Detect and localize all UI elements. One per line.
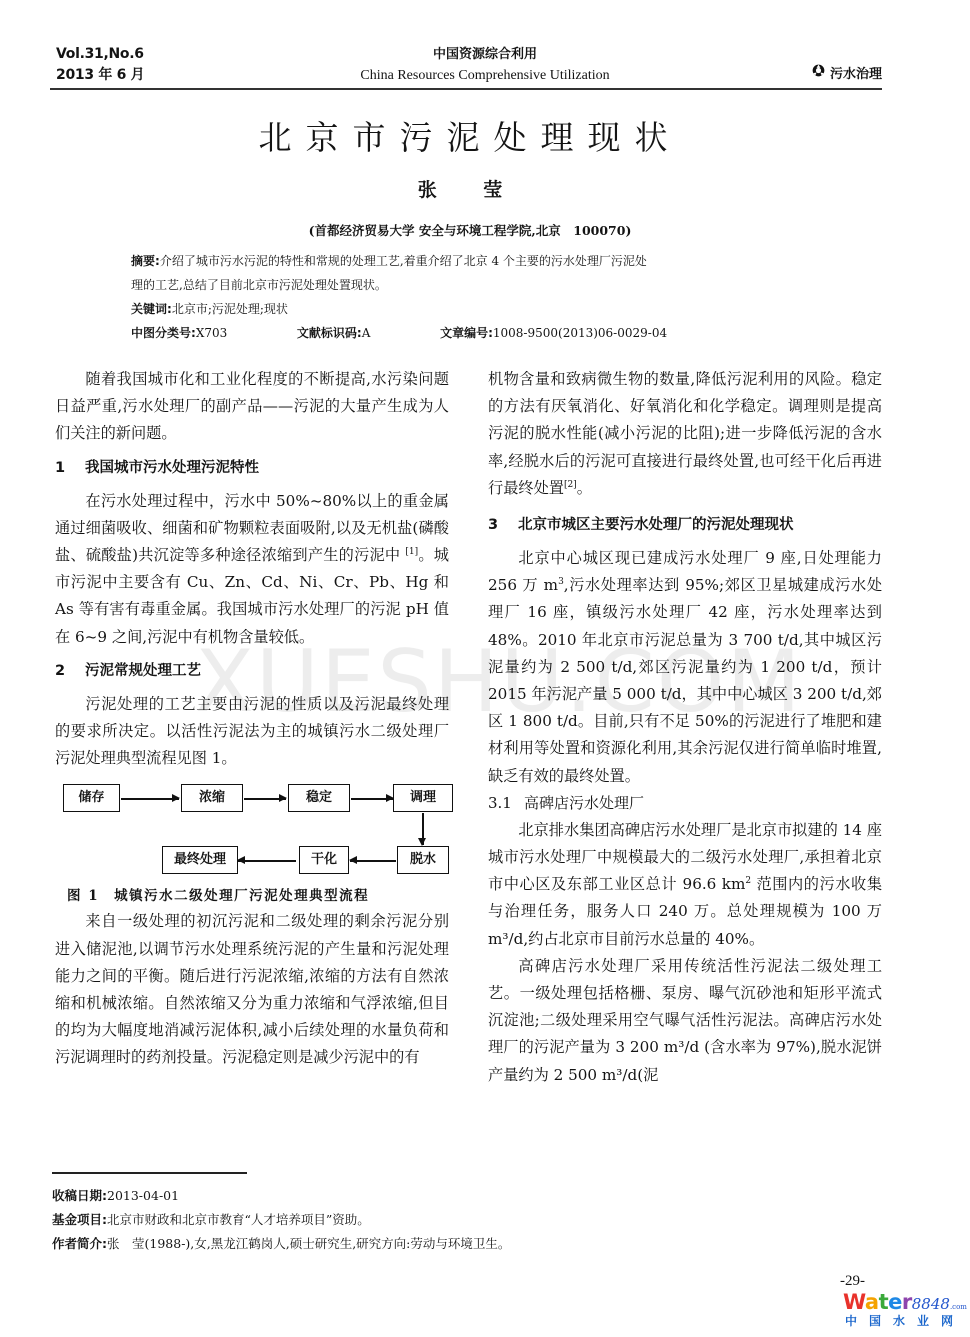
flow-node-dewatering: 脱水 [397,846,449,874]
section-2-paragraph-1: 污泥处理的工艺主要由污泥的性质以及污泥最终处理的要求所决定。以活性污泥法为主的城… [55,691,449,773]
section-3-heading: 3北京市城区主要污水处理厂的污泥处理现状 [488,512,882,538]
abstract: 摘要:介绍了城市污水污泥的特性和常规的处理工艺,着重介绍了北京 4 个主要的污水… [131,249,831,273]
section-1-paragraph: 在污水处理过程中，污水中 50%~80%以上的重金属通过细菌吸收、细菌和矿物颗粒… [55,488,449,651]
water8848-logo[interactable]: Water8848.com 中国水业网 [843,1290,967,1329]
figure-1-caption: 图 1 城镇污水二级处理厂污泥处理典型流程 [67,884,449,908]
recycle-icon [812,64,825,81]
section-3-1-paragraph-1: 北京排水集团高碑店污水处理厂是北京市拟建的 14 座城市污水处理厂中规模最大的二… [488,817,882,953]
keywords: 关键词:北京市;污泥处理;现状 [131,297,831,321]
citation-2: [2] [564,480,577,490]
article-title: 北京市污泥处理现状 [0,112,940,159]
section-2-paragraph-2-continued: 机物含量和致病微生物的数量,降低污泥利用的风险。稳定的方法有厌氧消化、好氧消化和… [488,366,882,502]
journal-title-block: 中国资源综合利用 China Resources Comprehensive U… [300,44,670,86]
article-no-label: 文章编号: [440,326,493,340]
flow-arrow-right [351,798,393,800]
journal-title-en: China Resources Comprehensive Utilizatio… [300,65,670,86]
author-bio: 作者简介:张 莹(1988-),女,黑龙江鹤岗人,硕士研究生,研究方向:劳动与环… [52,1232,510,1256]
journal-volume-block: Vol.31,No.6 2013 年 6 月 [56,44,144,86]
flow-arrow-left [350,860,396,862]
article-no-value: 1008-9500(2013)06-0029-04 [493,326,667,340]
section-2-heading: 2污泥常规处理工艺 [55,658,449,684]
footnote-rule [52,1172,247,1174]
footnotes: 收稿日期:2013-04-01 基金项目:北京市财政和北京市教育“人才培养项目”… [52,1184,510,1256]
section-name: 污水治理 [830,63,882,82]
author-affiliation: (首都经济贸易大学 安全与环境工程学院,北京 100070) [0,221,940,239]
journal-date: 2013 年 6 月 [56,65,144,86]
flow-arrow-right [244,798,286,800]
section-3-1-paragraph-2: 高碑店污水处理厂采用传统活性污泥法二级处理工艺。一级处理包括格栅、泵房、曝气沉砂… [488,953,882,1089]
journal-title-cn: 中国资源综合利用 [300,44,670,65]
abstract-label: 摘要: [131,254,160,268]
flow-arrow-right [121,798,179,800]
article-author: 张 莹 [0,175,940,202]
logo-cn-text: 中国水业网 [843,1312,967,1329]
doc-code-value: A [362,326,371,340]
flow-node-conditioning: 调理 [393,784,453,812]
abstract-block: 摘要:介绍了城市污水污泥的特性和常规的处理工艺,着重介绍了北京 4 个主要的污水… [131,249,831,345]
keywords-text: 北京市;污泥处理;现状 [172,302,288,316]
fund-project: 基金项目:北京市财政和北京市教育“人才培养项目”资助。 [52,1208,510,1232]
doc-code-label: 文献标识码: [297,326,362,340]
flow-arrow-down [422,813,424,845]
header-rule [50,88,882,90]
section-3-1-heading: 3.1高碑店污水处理厂 [488,790,882,817]
flow-node-drying: 干化 [299,846,349,874]
citation-1: [1] [405,547,418,557]
section-2-paragraph-2: 来自一级处理的初沉污泥和二级处理的剩余污泥分别进入储泥池,以调节污水处理系统污泥… [55,908,449,1071]
section-3-paragraph: 北京中心城区现已建成污水处理厂 9 座,日处理能力 256 万 m3,污水处理率… [488,545,882,790]
page-number: -29- [840,1273,865,1290]
section-1-heading: 1我国城市污水处理污泥特性 [55,455,449,481]
left-column: 随着我国城市化和工业化程度的不断提高,水污染问题日益严重,污水处理厂的副产品——… [55,366,449,1072]
abstract-text-2: 理的工艺,总结了目前北京市污泥处理处置现状。 [131,273,831,297]
flow-node-storage: 储存 [63,784,120,812]
classification-row: 中图分类号:X703 文献标识码:A 文章编号:1008-9500(2013)0… [131,321,831,345]
section-label: 污水治理 [812,63,882,82]
flow-node-stabilization: 稳定 [288,784,350,812]
flow-node-thickening: 浓缩 [181,784,243,812]
flow-node-final-disposal: 最终处理 [162,846,238,874]
figure-1-flowchart: 储存 浓缩 稳定 调理 脱水 干化 最终处理 [55,780,449,880]
intro-paragraph: 随着我国城市化和工业化程度的不断提高,水污染问题日益严重,污水处理厂的副产品——… [55,366,449,448]
flow-arrow-left [238,860,296,862]
clc-value: X703 [196,326,227,340]
journal-volume: Vol.31,No.6 [56,44,144,65]
right-column: 机物含量和致病微生物的数量,降低污泥利用的风险。稳定的方法有厌氧消化、好氧消化和… [488,366,882,1089]
abstract-text-1: 介绍了城市污水污泥的特性和常规的处理工艺,着重介绍了北京 4 个主要的污水处理厂… [160,254,647,268]
clc-label: 中图分类号: [131,326,196,340]
received-date: 收稿日期:2013-04-01 [52,1184,510,1208]
keywords-label: 关键词: [131,302,172,316]
